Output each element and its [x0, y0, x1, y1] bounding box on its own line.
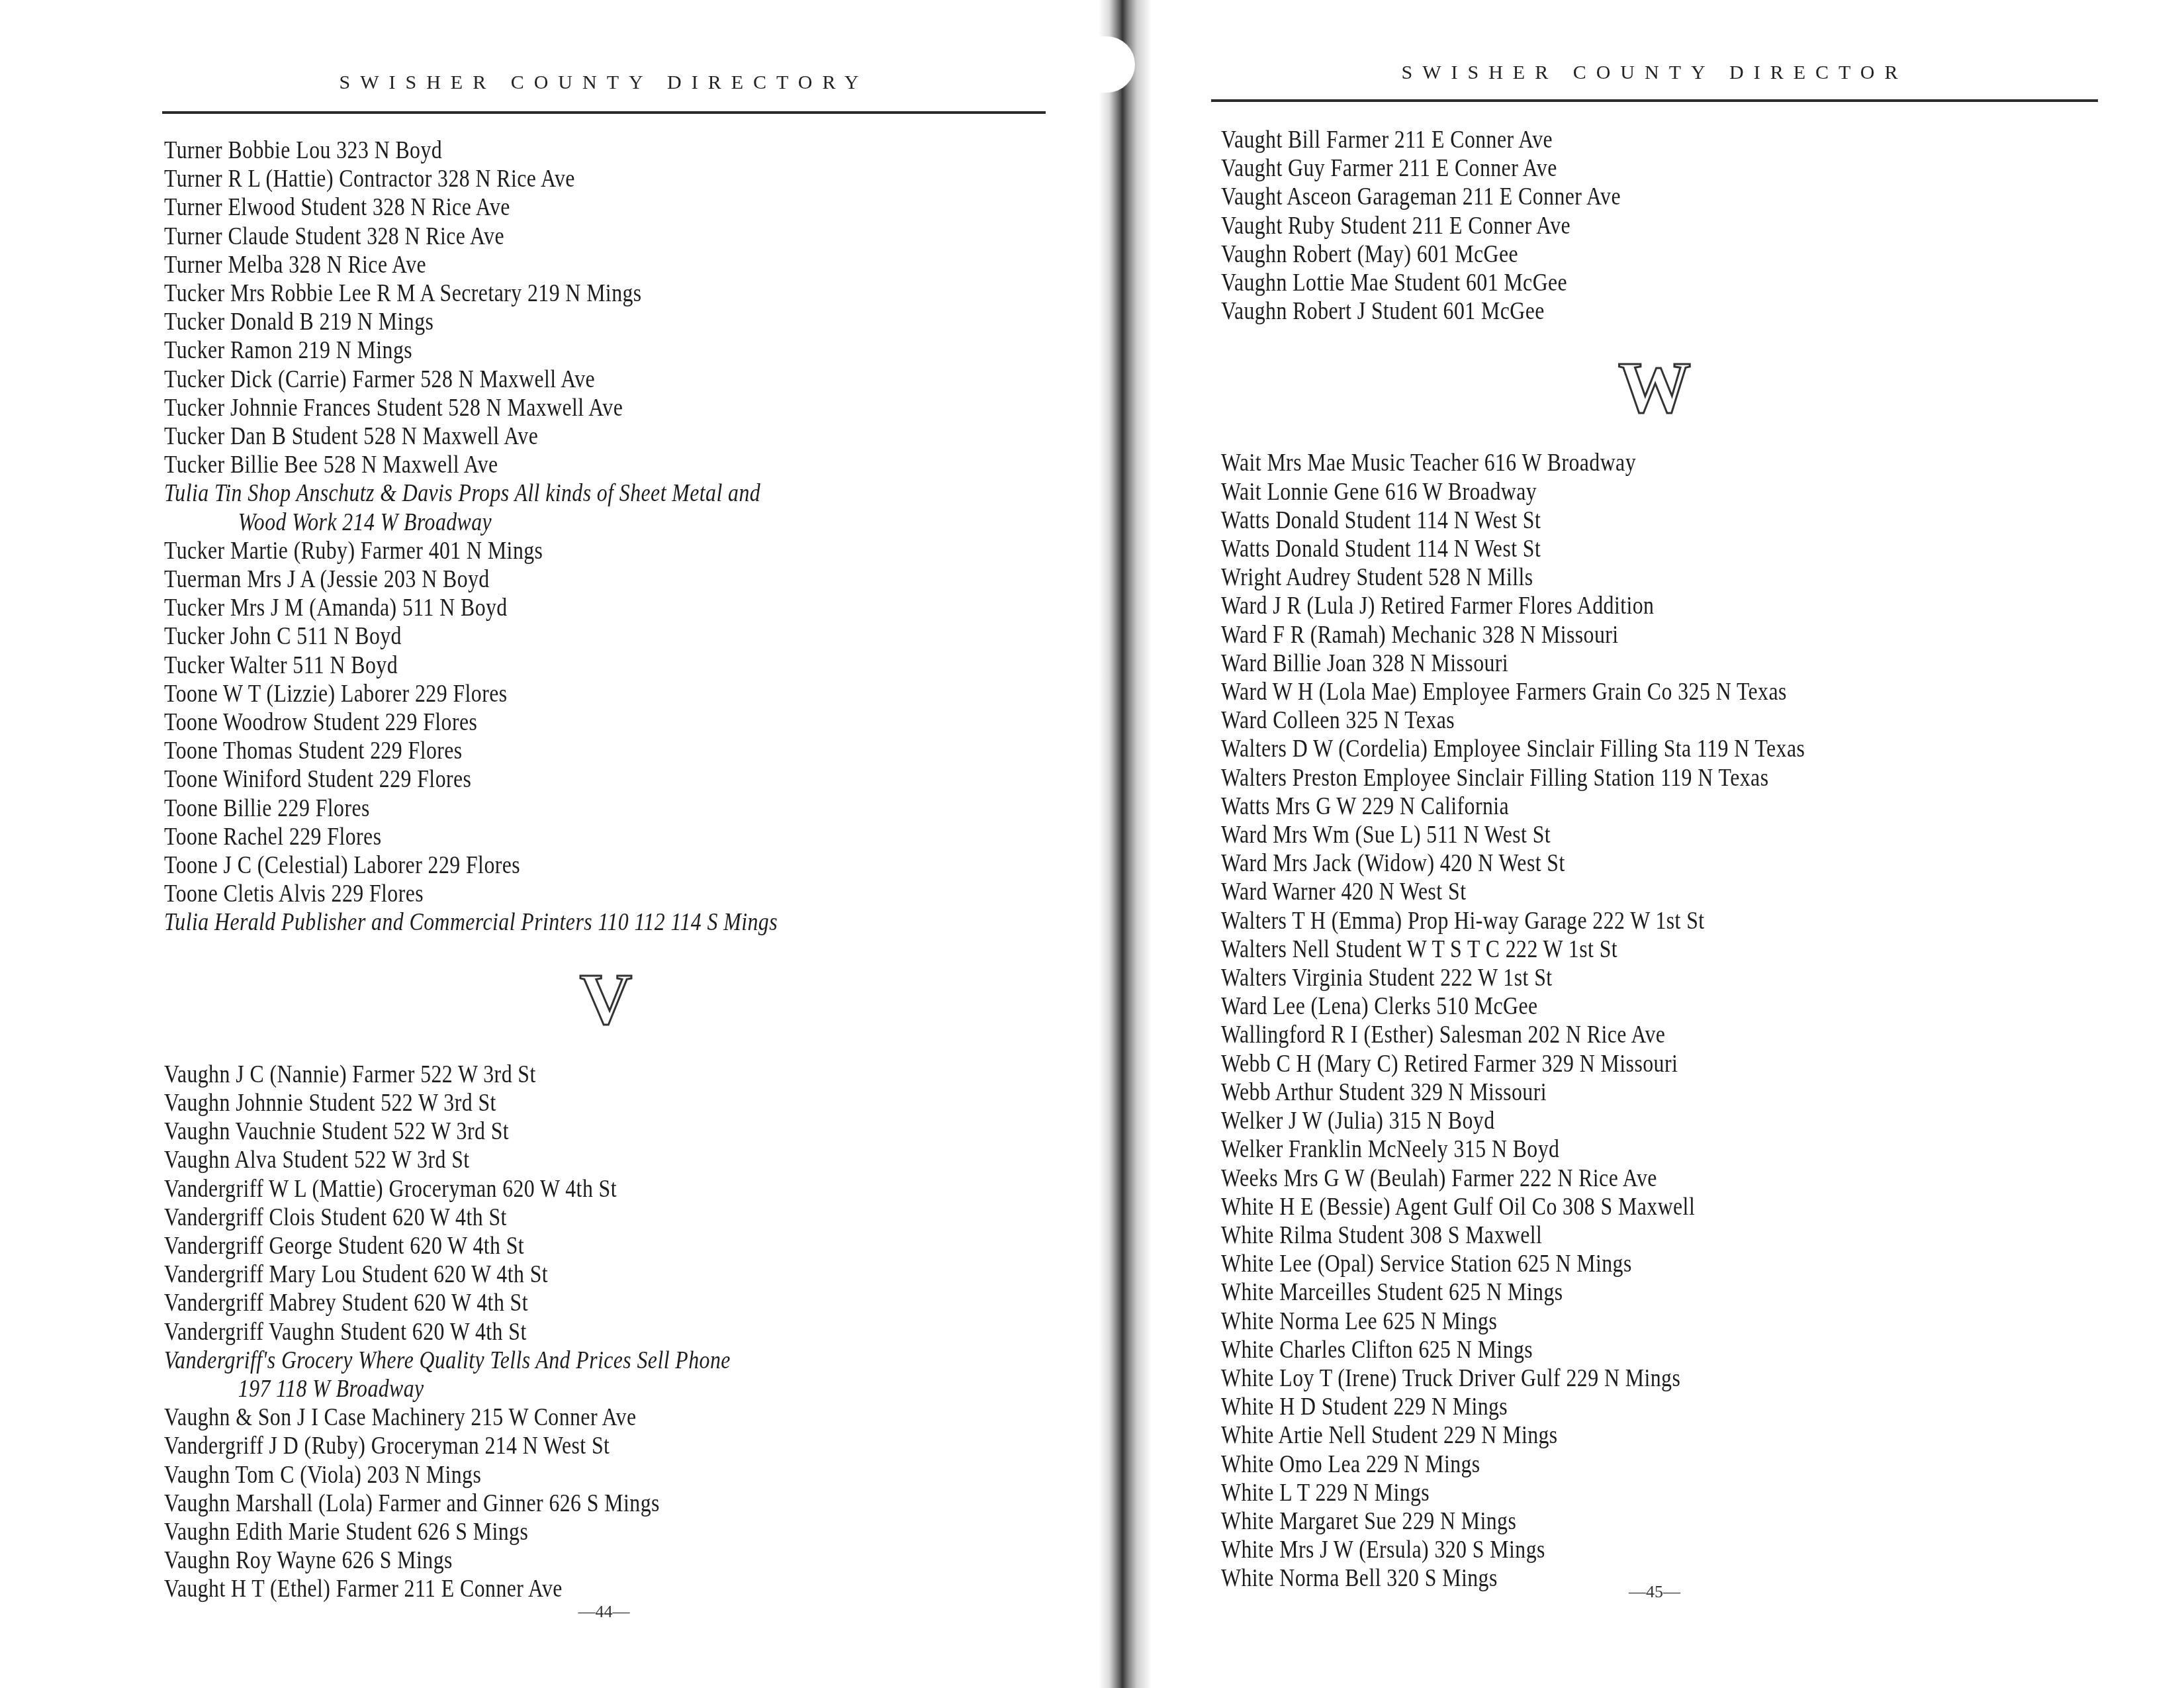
- advertisement-entry: Tulia Tin Shop Anschutz & Davis Props Al…: [164, 479, 924, 536]
- directory-entry: Vaughn Edith Marie Student 626 S Mings: [164, 1518, 924, 1546]
- directory-entry: Wright Audrey Student 528 N Mills: [1221, 563, 1967, 592]
- page-number: —44—: [162, 1602, 1046, 1622]
- directory-entry: Vaughn Alva Student 522 W 3rd St: [164, 1146, 924, 1174]
- entry-text: Tucker Dick (Carrie) Farmer 528 N Maxwel…: [164, 366, 595, 393]
- entry-text: Tucker Dan B Student 528 N Maxwell Ave: [164, 423, 538, 450]
- directory-entry: Toone Billie 229 Flores: [164, 794, 924, 823]
- directory-entry: Walters Virginia Student 222 W 1st St: [1221, 964, 1967, 992]
- directory-entry: Toone Winiford Student 229 Flores: [164, 765, 924, 794]
- directory-entry: Vaughn Vauchnie Student 522 W 3rd St: [164, 1117, 924, 1146]
- entry-text: Vaught Bill Farmer 211 E Conner Ave: [1221, 126, 1553, 154]
- entry-text: Welker Franklin McNeely 315 N Boyd: [1221, 1136, 1559, 1163]
- directory-list-left: Turner Bobbie Lou 323 N BoydTurner R L (…: [164, 136, 1048, 1604]
- directory-entry: Vandergriff Mabrey Student 620 W 4th St: [164, 1289, 924, 1317]
- section-letter-v: V: [164, 949, 1048, 1049]
- page-number: —45—: [1211, 1582, 2098, 1602]
- entry-text: Ward Warner 420 N West St: [1221, 878, 1466, 906]
- directory-entry: White H E (Bessie) Agent Gulf Oil Co 308…: [1221, 1193, 1967, 1221]
- entry-text: Tucker Johnnie Frances Student 528 N Max…: [164, 395, 623, 422]
- directory-entry: White Charles Clifton 625 N Mings: [1221, 1336, 1967, 1364]
- directory-entry: Webb Arthur Student 329 N Missouri: [1221, 1078, 1967, 1107]
- entry-text: Vaughn Edith Marie Student 626 S Mings: [164, 1519, 528, 1546]
- entry-text: Ward Lee (Lena) Clerks 510 McGee: [1221, 993, 1538, 1020]
- entry-text: White Artie Nell Student 229 N Mings: [1221, 1422, 1558, 1449]
- directory-entry: Vaughn Robert (May) 601 McGee: [1221, 240, 1967, 269]
- directory-entry: Walters T H (Emma) Prop Hi-way Garage 22…: [1221, 907, 1967, 935]
- directory-entry: Toone Rachel 229 Flores: [164, 823, 924, 851]
- entry-text: Toone Thomas Student 229 Flores: [164, 737, 463, 765]
- directory-entry: Vandergriff Clois Student 620 W 4th St: [164, 1203, 924, 1232]
- entry-text: Turner Bobbie Lou 323 N Boyd: [164, 137, 442, 164]
- directory-entry: White Rilma Student 308 S Maxwell: [1221, 1221, 1967, 1250]
- entry-text: Wait Lonnie Gene 616 W Broadway: [1221, 479, 1537, 506]
- entry-text: Vaught Asceon Garageman 211 E Conner Ave: [1221, 183, 1621, 211]
- directory-entry: Tucker Martie (Ruby) Farmer 401 N Mings: [164, 537, 924, 565]
- entry-text: Tucker Billie Bee 528 N Maxwell Ave: [164, 451, 498, 479]
- directory-entry: Tucker Dan B Student 528 N Maxwell Ave: [164, 422, 924, 451]
- directory-entry: Ward Lee (Lena) Clerks 510 McGee: [1221, 992, 1967, 1021]
- entry-text: Vaughn Johnnie Student 522 W 3rd St: [164, 1090, 496, 1117]
- entry-text: Walters Virginia Student 222 W 1st St: [1221, 964, 1553, 992]
- directory-entry: White L T 229 N Mings: [1221, 1479, 1967, 1507]
- directory-entry: Tucker Mrs J M (Amanda) 511 N Boyd: [164, 594, 924, 622]
- directory-entry: Toone Woodrow Student 229 Flores: [164, 708, 924, 737]
- entry-text: Vandergriff Mary Lou Student 620 W 4th S…: [164, 1261, 548, 1288]
- directory-entry: Vaught Ruby Student 211 E Conner Ave: [1221, 212, 1967, 240]
- entry-text: Toone Billie 229 Flores: [164, 795, 370, 822]
- entry-text: Vandergriff W L (Mattie) Groceryman 620 …: [164, 1176, 617, 1203]
- entry-text: White H E (Bessie) Agent Gulf Oil Co 308…: [1221, 1194, 1695, 1221]
- entry-text: White L T 229 N Mings: [1221, 1479, 1430, 1507]
- entry-text: Vaughn & Son J I Case Machinery 215 W Co…: [164, 1404, 637, 1431]
- entry-text: Turner Claude Student 328 N Rice Ave: [164, 223, 504, 250]
- directory-entry: Toone W T (Lizzie) Laborer 229 Flores: [164, 680, 924, 708]
- entry-text: Ward W H (Lola Mae) Employee Farmers Gra…: [1221, 679, 1787, 706]
- directory-entry: Watts Donald Student 114 N West St: [1221, 535, 1967, 563]
- directory-entry: Vaught Guy Farmer 211 E Conner Ave: [1221, 154, 1967, 183]
- header-rule: [1211, 99, 2098, 102]
- entry-text: Vaughn Robert (May) 601 McGee: [1221, 241, 1518, 268]
- directory-entry: Walters D W (Cordelia) Employee Sinclair…: [1221, 735, 1967, 763]
- entry-text: Vaughn Lottie Mae Student 601 McGee: [1221, 269, 1567, 297]
- directory-entry: White Artie Nell Student 229 N Mings: [1221, 1421, 1967, 1450]
- directory-entry: White Lee (Opal) Service Station 625 N M…: [1221, 1250, 1967, 1278]
- entry-text: Tulia Tin Shop Anschutz & Davis Props Al…: [164, 480, 760, 507]
- directory-entry: Turner R L (Hattie) Contractor 328 N Ric…: [164, 165, 924, 193]
- directory-entry: Tucker Walter 511 N Boyd: [164, 651, 924, 680]
- entry-text: White Omo Lea 229 N Mings: [1221, 1451, 1480, 1478]
- directory-entry: Vandergriff Vaughn Student 620 W 4th St: [164, 1318, 924, 1346]
- directory-entry: Ward F R (Ramah) Mechanic 328 N Missouri: [1221, 621, 1967, 649]
- directory-entry: Vaughn Lottie Mae Student 601 McGee: [1221, 269, 1967, 297]
- entry-text: Vandergriff Vaughn Student 620 W 4th St: [164, 1319, 527, 1346]
- directory-entry: Watts Mrs G W 229 N California: [1221, 792, 1967, 821]
- entry-text: Walters D W (Cordelia) Employee Sinclair…: [1221, 735, 1805, 763]
- entry-text: Turner Melba 328 N Rice Ave: [164, 252, 426, 279]
- entry-text: Toone Rachel 229 Flores: [164, 823, 381, 851]
- directory-entry: Toone Cletis Alvis 229 Flores: [164, 880, 924, 908]
- directory-entry: White Marceilles Student 625 N Mings: [1221, 1278, 1967, 1307]
- directory-entry: Watts Donald Student 114 N West St: [1221, 506, 1967, 535]
- entry-text: Vandergriff George Student 620 W 4th St: [164, 1233, 524, 1260]
- directory-entry: Turner Bobbie Lou 323 N Boyd: [164, 136, 924, 165]
- entry-text: White Rilma Student 308 S Maxwell: [1221, 1222, 1542, 1249]
- entry-text: Webb C H (Mary C) Retired Farmer 329 N M…: [1221, 1051, 1678, 1078]
- directory-entry: Tucker Mrs Robbie Lee R M A Secretary 21…: [164, 279, 924, 308]
- directory-entry: Wait Lonnie Gene 616 W Broadway: [1221, 478, 1967, 506]
- directory-entry: Vaughn Johnnie Student 522 W 3rd St: [164, 1089, 924, 1117]
- directory-entry: Vaughn Roy Wayne 626 S Mings: [164, 1546, 924, 1575]
- directory-entry: Wait Mrs Mae Music Teacher 616 W Broadwa…: [1221, 449, 1967, 477]
- directory-list-right: Vaught Bill Farmer 211 E Conner AveVaugh…: [1221, 126, 2088, 1593]
- directory-entry: Toone Thomas Student 229 Flores: [164, 737, 924, 765]
- entry-text: Wright Audrey Student 528 N Mills: [1221, 564, 1533, 591]
- entry-text: Vaughn Tom C (Viola) 203 N Mings: [164, 1462, 481, 1489]
- directory-entry: Tucker Billie Bee 528 N Maxwell Ave: [164, 451, 924, 479]
- entry-text: Vaughn Vauchnie Student 522 W 3rd St: [164, 1118, 509, 1145]
- directory-entry: Vandergriff W L (Mattie) Groceryman 620 …: [164, 1175, 924, 1203]
- entry-text: Vaught H T (Ethel) Farmer 211 E Conner A…: [164, 1575, 563, 1603]
- directory-entry: Vandergriff George Student 620 W 4th St: [164, 1232, 924, 1260]
- entry-text: Vaughn Alva Student 522 W 3rd St: [164, 1147, 470, 1174]
- directory-entry: Tucker Donald B 219 N Mings: [164, 308, 924, 336]
- directory-entry: Vaught Bill Farmer 211 E Conner Ave: [1221, 126, 1967, 154]
- directory-entry: Toone J C (Celestial) Laborer 229 Flores: [164, 851, 924, 880]
- directory-entry: Vaught Asceon Garageman 211 E Conner Ave: [1221, 183, 1967, 211]
- directory-entry: Walters Preston Employee Sinclair Fillin…: [1221, 764, 1967, 792]
- page-header: SWISHER COUNTY DIRECTORY: [162, 71, 1046, 94]
- entry-text: Webb Arthur Student 329 N Missouri: [1221, 1079, 1547, 1106]
- directory-entry: Tucker Johnnie Frances Student 528 N Max…: [164, 394, 924, 422]
- directory-entry: White Omo Lea 229 N Mings: [1221, 1450, 1967, 1479]
- directory-entry: White Margaret Sue 229 N Mings: [1221, 1507, 1967, 1536]
- entry-text: Tulia Herald Publisher and Commercial Pr…: [164, 909, 778, 936]
- entry-text: Watts Donald Student 114 N West St: [1221, 536, 1541, 563]
- entry-text: Vaught Guy Farmer 211 E Conner Ave: [1221, 155, 1557, 182]
- directory-entry: White Norma Lee 625 N Mings: [1221, 1307, 1967, 1336]
- entry-text: Tucker John C 511 N Boyd: [164, 623, 402, 650]
- directory-entry: Tuerman Mrs J A (Jessie 203 N Boyd: [164, 565, 924, 594]
- directory-entry: Webb C H (Mary C) Retired Farmer 329 N M…: [1221, 1050, 1967, 1078]
- entry-text: Vandergriff Mabrey Student 620 W 4th St: [164, 1289, 528, 1317]
- entry-text: Toone Cletis Alvis 229 Flores: [164, 880, 424, 908]
- directory-entry: Vaught H T (Ethel) Farmer 211 E Conner A…: [164, 1575, 924, 1603]
- directory-entry: Ward W H (Lola Mae) Employee Farmers Gra…: [1221, 678, 1967, 706]
- entry-text: Toone J C (Celestial) Laborer 229 Flores: [164, 852, 520, 879]
- entry-text: Toone Woodrow Student 229 Flores: [164, 709, 477, 736]
- directory-entry: Ward Mrs Wm (Sue L) 511 N West St: [1221, 821, 1967, 849]
- entry-text: Tucker Martie (Ruby) Farmer 401 N Mings: [164, 538, 543, 565]
- directory-entry: Wallingford R I (Esther) Salesman 202 N …: [1221, 1021, 1967, 1049]
- entry-text: Turner R L (Hattie) Contractor 328 N Ric…: [164, 165, 575, 193]
- entry-text: Vaughn Marshall (Lola) Farmer and Ginner…: [164, 1490, 660, 1517]
- entry-text: Ward Colleen 325 N Texas: [1221, 707, 1455, 734]
- page-header: SWISHER COUNTY DIRECTOR: [1211, 62, 2098, 84]
- directory-entry: Vaughn & Son J I Case Machinery 215 W Co…: [164, 1403, 924, 1432]
- advertisement-entry: Vandergriff's Grocery Where Quality Tell…: [164, 1346, 924, 1403]
- entry-text: Tuerman Mrs J A (Jessie 203 N Boyd: [164, 566, 490, 593]
- directory-entry: Vaughn J C (Nannie) Farmer 522 W 3rd St: [164, 1060, 924, 1089]
- entry-text: White Charles Clifton 625 N Mings: [1221, 1336, 1533, 1364]
- directory-entry: Vaughn Marshall (Lola) Farmer and Ginner…: [164, 1489, 924, 1518]
- directory-entry: Weeks Mrs G W (Beulah) Farmer 222 N Rice…: [1221, 1164, 1967, 1193]
- left-page: SWISHER COUNTY DIRECTORY Turner Bobbie L…: [0, 0, 1099, 1688]
- entry-text: Wait Mrs Mae Music Teacher 616 W Broadwa…: [1221, 449, 1636, 477]
- directory-entry: Vandergriff J D (Ruby) Groceryman 214 N …: [164, 1432, 924, 1460]
- directory-entry: Ward Billie Joan 328 N Missouri: [1221, 649, 1967, 678]
- directory-entry: White Loy T (Irene) Truck Driver Gulf 22…: [1221, 1364, 1967, 1393]
- section-letter-w: W: [1221, 338, 2088, 437]
- entry-text: Tucker Walter 511 N Boyd: [164, 652, 398, 679]
- directory-entry: Welker J W (Julia) 315 N Boyd: [1221, 1107, 1967, 1135]
- entry-text: Turner Elwood Student 328 N Rice Ave: [164, 194, 510, 221]
- advertisement-entry: Tulia Herald Publisher and Commercial Pr…: [164, 908, 924, 937]
- entry-text: White H D Student 229 N Mings: [1221, 1393, 1508, 1421]
- directory-entry: Vandergriff Mary Lou Student 620 W 4th S…: [164, 1260, 924, 1289]
- directory-entry: White Mrs J W (Ersula) 320 S Mings: [1221, 1536, 1967, 1564]
- entry-text: Vandergriff's Grocery Where Quality Tell…: [164, 1347, 731, 1374]
- right-page: SWISHER COUNTY DIRECTOR Vaught Bill Farm…: [1138, 0, 2184, 1688]
- entry-text: Welker J W (Julia) 315 N Boyd: [1221, 1107, 1494, 1135]
- entry-text: Vaughn J C (Nannie) Farmer 522 W 3rd St: [164, 1061, 536, 1088]
- entry-text: Ward F R (Ramah) Mechanic 328 N Missouri: [1221, 622, 1619, 649]
- entry-text: Tucker Mrs J M (Amanda) 511 N Boyd: [164, 594, 508, 622]
- entry-text: Tucker Mrs Robbie Lee R M A Secretary 21…: [164, 280, 642, 307]
- entry-text: White Loy T (Irene) Truck Driver Gulf 22…: [1221, 1365, 1680, 1392]
- directory-entry: Walters Nell Student W T S T C 222 W 1st…: [1221, 935, 1967, 964]
- entry-continuation: Wood Work 214 W Broadway: [164, 508, 924, 537]
- directory-entry: Turner Claude Student 328 N Rice Ave: [164, 222, 924, 251]
- entry-text: Vandergriff J D (Ruby) Groceryman 214 N …: [164, 1432, 610, 1460]
- entry-text: Toone Winiford Student 229 Flores: [164, 766, 471, 793]
- entry-text: White Margaret Sue 229 N Mings: [1221, 1508, 1516, 1535]
- entry-text: Watts Mrs G W 229 N California: [1221, 793, 1509, 820]
- directory-entry: Tucker Dick (Carrie) Farmer 528 N Maxwel…: [164, 365, 924, 394]
- directory-entry: Ward Colleen 325 N Texas: [1221, 706, 1967, 735]
- directory-entry: Ward Warner 420 N West St: [1221, 878, 1967, 906]
- entry-continuation: 197 118 W Broadway: [164, 1375, 924, 1403]
- entry-text: White Mrs J W (Ersula) 320 S Mings: [1221, 1536, 1545, 1564]
- directory-entry: Tucker John C 511 N Boyd: [164, 622, 924, 651]
- entry-text: Vaught Ruby Student 211 E Conner Ave: [1221, 212, 1570, 240]
- entry-text: White Marceilles Student 625 N Mings: [1221, 1279, 1563, 1306]
- entry-text: Walters Nell Student W T S T C 222 W 1st…: [1221, 936, 1617, 963]
- entry-text: Vaughn Robert J Student 601 McGee: [1221, 298, 1545, 325]
- directory-entry: Ward J R (Lula J) Retired Farmer Flores …: [1221, 592, 1967, 620]
- entry-text: Toone W T (Lizzie) Laborer 229 Flores: [164, 680, 508, 708]
- entry-text: Tucker Ramon 219 N Mings: [164, 337, 412, 364]
- entry-text: Tucker Donald B 219 N Mings: [164, 308, 433, 336]
- directory-entry: Tucker Ramon 219 N Mings: [164, 336, 924, 365]
- directory-entry: Turner Elwood Student 328 N Rice Ave: [164, 193, 924, 222]
- entry-text: Vandergriff Clois Student 620 W 4th St: [164, 1204, 507, 1231]
- entry-text: Wallingford R I (Esther) Salesman 202 N …: [1221, 1021, 1665, 1049]
- directory-entry: Welker Franklin McNeely 315 N Boyd: [1221, 1135, 1967, 1164]
- directory-entry: Ward Mrs Jack (Widow) 420 N West St: [1221, 849, 1967, 878]
- entry-text: White Lee (Opal) Service Station 625 N M…: [1221, 1250, 1632, 1278]
- entry-text: Ward Mrs Wm (Sue L) 511 N West St: [1221, 821, 1551, 849]
- entry-text: Watts Donald Student 114 N West St: [1221, 507, 1541, 534]
- header-rule: [162, 111, 1046, 114]
- entry-text: Vaughn Roy Wayne 626 S Mings: [164, 1547, 453, 1574]
- directory-entry: Vaughn Tom C (Viola) 203 N Mings: [164, 1461, 924, 1489]
- directory-entry: Vaughn Robert J Student 601 McGee: [1221, 297, 1967, 326]
- entry-text: White Norma Lee 625 N Mings: [1221, 1308, 1497, 1335]
- directory-entry: Turner Melba 328 N Rice Ave: [164, 251, 924, 279]
- entry-text: Walters T H (Emma) Prop Hi-way Garage 22…: [1221, 908, 1705, 935]
- entry-text: Ward Billie Joan 328 N Missouri: [1221, 650, 1508, 677]
- entry-text: Walters Preston Employee Sinclair Fillin…: [1221, 765, 1768, 792]
- directory-entry: White H D Student 229 N Mings: [1221, 1393, 1967, 1421]
- entry-text: Ward Mrs Jack (Widow) 420 N West St: [1221, 850, 1565, 877]
- entry-text: Ward J R (Lula J) Retired Farmer Flores …: [1221, 592, 1654, 620]
- entry-text: Weeks Mrs G W (Beulah) Farmer 222 N Rice…: [1221, 1165, 1657, 1192]
